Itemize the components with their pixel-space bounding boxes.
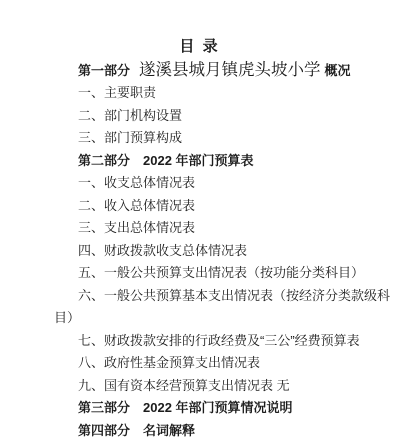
part-1-label: 第一部分 [78,63,130,78]
page-title: 目 录 [0,36,399,59]
toc-item-main-duties: 一、主要职责 [0,82,399,105]
toc-part-1-heading: 第一部分遂溪县城月镇虎头坡小学概况 [0,59,399,83]
toc-item-fiscal-appropriation-overview: 四、财政拨款收支总体情况表 [0,240,399,263]
toc-item-org-structure: 二、部门机构设置 [0,105,399,128]
toc-item-government-fund-budget: 八、政府性基金预算支出情况表 [0,352,399,375]
toc-item-basic-expenditure-wrap-1: 六、一般公共预算基本支出情况表（按经济分类款级科 [0,285,399,308]
toc-document-page: 目 录 第一部分遂溪县城月镇虎头坡小学概况 一、主要职责 二、部门机构设置 三、… [0,0,399,438]
toc-part-2-heading: 第二部分 2022 年部门预算表 [0,150,399,173]
toc-item-state-capital-budget: 九、国有资本经营预算支出情况表 无 [0,375,399,398]
toc-part-3-heading: 第三部分 2022 年部门预算情况说明 [0,397,399,420]
toc-item-basic-expenditure-wrap-2: 目） [0,307,399,330]
toc-item-budget-composition: 三、部门预算构成 [0,127,399,150]
part-1-school-name: 遂溪县城月镇虎头坡小学 [139,61,321,79]
part-1-suffix: 概况 [325,63,351,78]
toc-item-revenue-expenditure-overview: 一、收支总体情况表 [0,172,399,195]
toc-item-admin-three-public-funds: 七、财政拨款安排的行政经费及“三公”经费预算表 [0,330,399,353]
toc-part-4-heading: 第四部分 名词解释 [0,420,399,438]
toc-item-public-budget-expenditure: 五、一般公共预算支出情况表（按功能分类科目） [0,262,399,285]
toc-item-revenue-overview: 二、收入总体情况表 [0,195,399,218]
toc-item-expenditure-overview: 三、支出总体情况表 [0,217,399,240]
